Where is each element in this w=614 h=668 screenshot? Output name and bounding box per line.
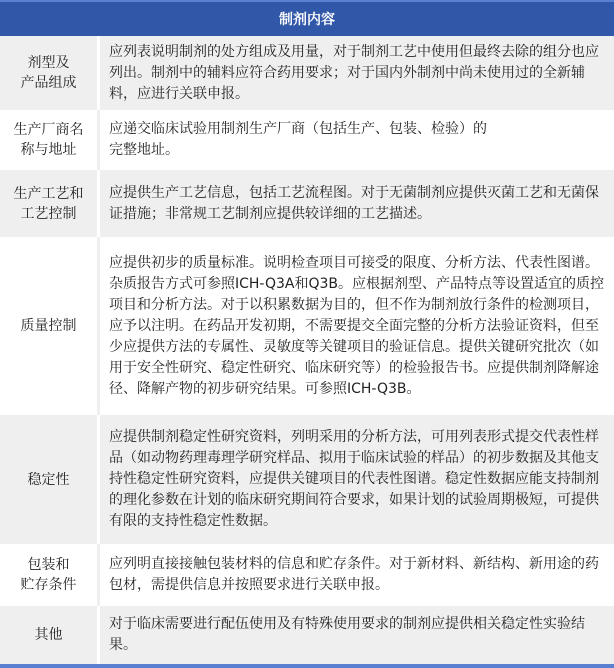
row-content: 应提供生产工艺信息，包括工艺流程图。对于无菌制剂应提供灭菌工艺和无菌保证措施；非… — [100, 170, 614, 237]
row-label: 生产工艺和 工艺控制 — [0, 170, 100, 237]
table-row-packaging: 包装和 贮存条件 应列明直接接触包装材料的信息和贮存条件。对于新材料、新结构、新… — [0, 544, 614, 606]
table-row-dosage-form: 剂型及 产品组成 应列表说明制剂的处方组成及用量，对于制剂工艺中使用但最终去除的… — [0, 36, 614, 110]
row-content: 应递交临床试验用制剂生产厂商（包括生产、包装、检验）的 完整地址。 — [100, 110, 614, 170]
row-label: 剂型及 产品组成 — [0, 36, 100, 110]
row-label: 质量控制 — [0, 237, 100, 415]
table-row-quality-control: 质量控制 应提供初步的质量标准。说明检查项目可接受的限度、分析方法、代表性图谱。… — [0, 237, 614, 415]
table-bottom-border — [0, 664, 614, 668]
row-label: 其他 — [0, 606, 100, 664]
row-content: 应列表说明制剂的处方组成及用量，对于制剂工艺中使用但最终去除的组分也应列出。制剂… — [100, 36, 614, 110]
row-label: 包装和 贮存条件 — [0, 544, 100, 606]
row-content: 应列明直接接触包装材料的信息和贮存条件。对于新材料、新结构、新用途的药包材，需提… — [100, 544, 614, 606]
table-row-other: 其他 对于临床需要进行配伍使用及有特殊使用要求的制剂应提供相关稳定性实验结果。 — [0, 606, 614, 664]
table-row-stability: 稳定性 应提供制剂稳定性研究资料，列明采用的分析方法，可用列表形式提交代表性样品… — [0, 415, 614, 544]
row-label: 生产厂商名 称与地址 — [0, 110, 100, 170]
row-content: 应提供初步的质量标准。说明检查项目可接受的限度、分析方法、代表性图谱。杂质报告方… — [100, 237, 614, 415]
table-row-manufacturer: 生产厂商名 称与地址 应递交临床试验用制剂生产厂商（包括生产、包装、检验）的 完… — [0, 110, 614, 170]
table-row-process: 生产工艺和 工艺控制 应提供生产工艺信息，包括工艺流程图。对于无菌制剂应提供灭菌… — [0, 170, 614, 237]
table-header: 制剂内容 — [0, 0, 614, 36]
row-content: 对于临床需要进行配伍使用及有特殊使用要求的制剂应提供相关稳定性实验结果。 — [100, 606, 614, 664]
formulation-content-table: 制剂内容 剂型及 产品组成 应列表说明制剂的处方组成及用量，对于制剂工艺中使用但… — [0, 0, 614, 668]
row-label: 稳定性 — [0, 415, 100, 544]
row-content: 应提供制剂稳定性研究资料，列明采用的分析方法，可用列表形式提交代表性样品（如动物… — [100, 415, 614, 544]
header-title: 制剂内容 — [279, 9, 335, 29]
